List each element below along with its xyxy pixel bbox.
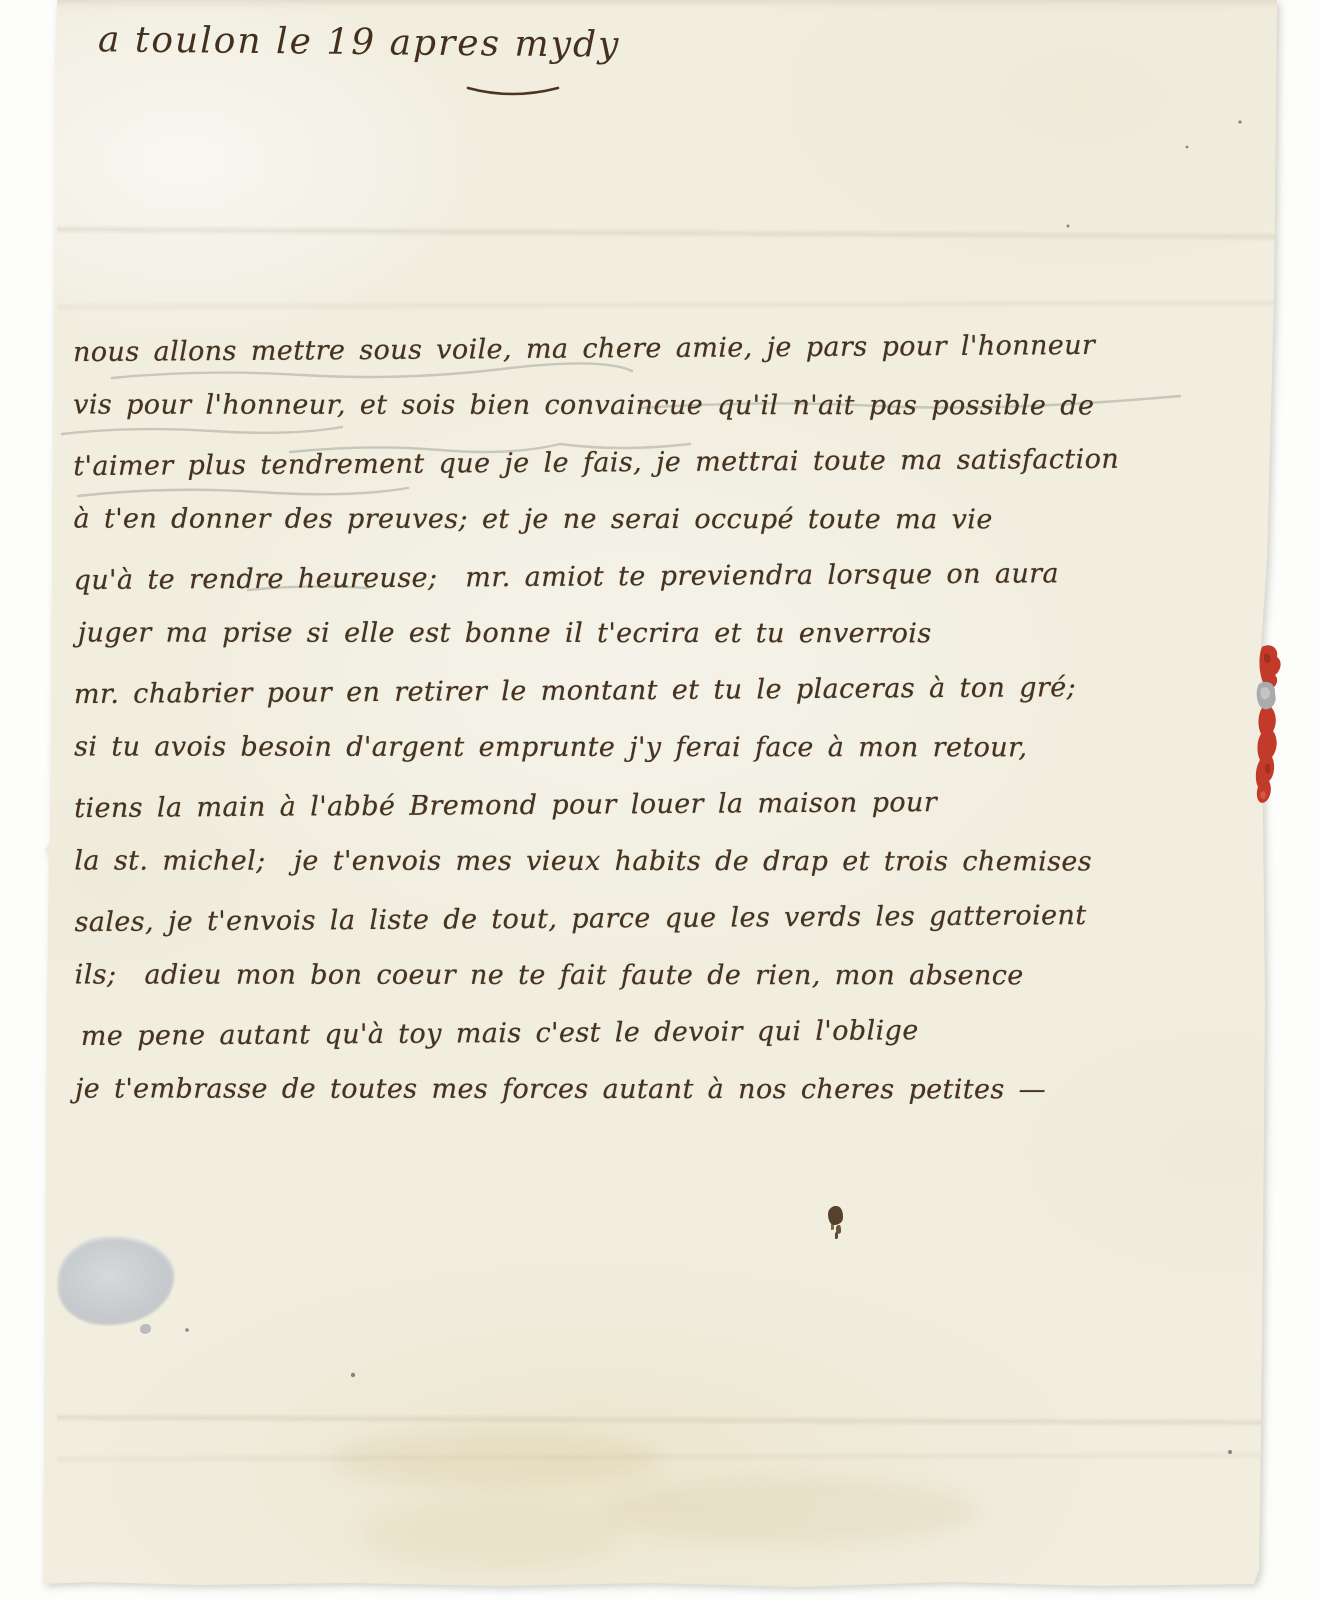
letter-line: à t'en donner des preuves; et je ne sera… <box>73 490 1243 548</box>
letter-line: mr. chabrier pour en retirer le montant … <box>74 658 1244 723</box>
letter-line: vis pour l'honneur, et sois bien convain… <box>73 376 1243 434</box>
letter-line: t'aimer plus tendrement que je le fais, … <box>73 430 1243 495</box>
showthrough-smudge <box>330 1430 660 1488</box>
showthrough-smudge <box>360 1500 620 1570</box>
showthrough-smudge <box>600 1478 980 1544</box>
letter-line: sales, je t'envois la liste de tout, par… <box>74 886 1244 951</box>
letter-line: nous allons mettre sous voile, ma chere … <box>73 316 1243 381</box>
letter-line: me pene autant qu'à toy mais c'est le de… <box>75 1000 1245 1065</box>
letter-line: je t'embrasse de toutes mes forces autan… <box>75 1060 1245 1118</box>
letter-line: qu'à te rendre heureuse; mr. amiot te pr… <box>73 544 1243 609</box>
letter-line: la st. michel; je t'envois mes vieux hab… <box>74 832 1244 890</box>
letter-line: juger ma prise si elle est bonne il t'ec… <box>74 604 1244 662</box>
ink-blot <box>828 1206 843 1225</box>
letter-body: nous allons mettre sous voile, ma chere … <box>73 318 1245 1119</box>
letter-line: ils; adieu mon bon coeur ne te fait faut… <box>75 946 1245 1004</box>
letter-line: tiens la main à l'abbé Bremond pour loue… <box>74 772 1244 837</box>
letter-line: si tu avois besoin d'argent emprunte j'y… <box>74 718 1244 776</box>
letter-scan: a toulon le 19 apres mydy nous allons me… <box>0 0 1320 1601</box>
paper-shadow-wrap: a toulon le 19 apres mydy nous allons me… <box>0 0 1320 1601</box>
dateline-text: a toulon le 19 apres mydy <box>98 19 621 65</box>
wax-seal-fragment <box>1252 644 1286 820</box>
letter-page: a toulon le 19 apres mydy nous allons me… <box>0 0 1320 1601</box>
